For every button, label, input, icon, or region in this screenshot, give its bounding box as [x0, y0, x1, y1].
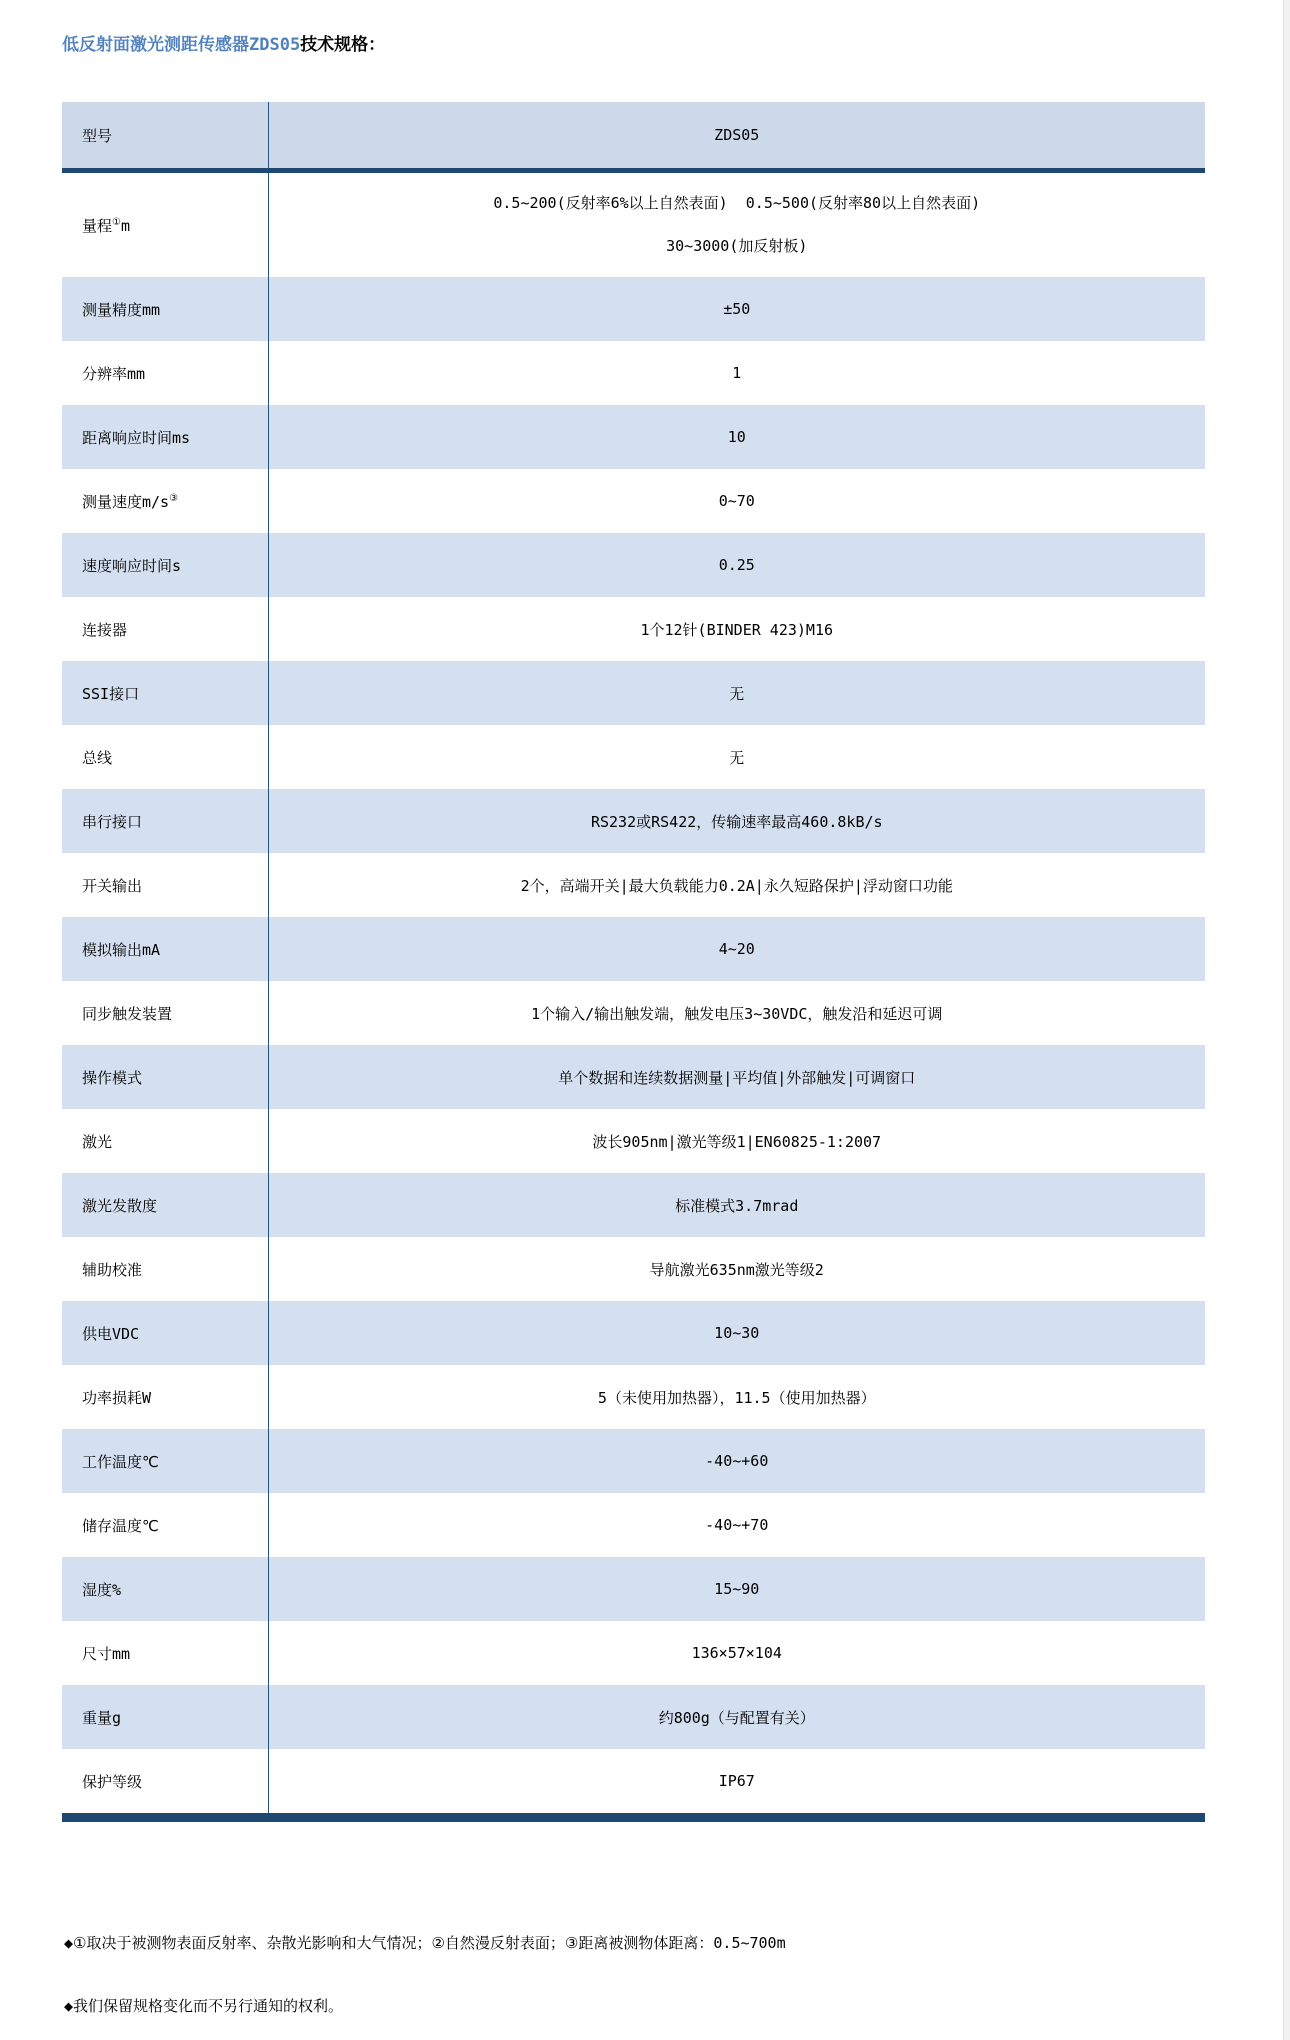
spec-value: 标准模式3.7mrad — [268, 1173, 1205, 1237]
spec-value: 1个输入/输出触发端，触发电压3~30VDC，触发沿和延迟可调 — [268, 981, 1205, 1045]
spec-label-text: 激光 — [82, 1133, 112, 1151]
table-header-row: 型号 ZDS05 — [62, 102, 1205, 171]
header-model-label: 型号 — [62, 102, 268, 171]
spec-value: 4~20 — [268, 917, 1205, 981]
spec-label: 距离响应时间ms — [62, 405, 268, 469]
spec-label-text: 操作模式 — [82, 1069, 142, 1087]
spec-label-text: 开关输出 — [82, 877, 142, 895]
spec-label: 保护等级 — [62, 1749, 268, 1818]
spec-value: 1 — [268, 341, 1205, 405]
spec-label: 激光 — [62, 1109, 268, 1173]
spec-label: 开关输出 — [62, 853, 268, 917]
table-row: 工作温度℃-40~+60 — [62, 1429, 1205, 1493]
spec-label-text: 激光发散度 — [82, 1197, 157, 1215]
spec-label: 重量g — [62, 1685, 268, 1749]
spec-label-unit: m — [121, 217, 130, 235]
spec-value: 0.25 — [268, 533, 1205, 597]
spec-label-text: 测量速度m/s — [82, 493, 169, 511]
spec-value: -40~+60 — [268, 1429, 1205, 1493]
table-row: 保护等级IP67 — [62, 1749, 1205, 1818]
spec-value: 波长905nm|激光等级1|EN60825-1:2007 — [268, 1109, 1205, 1173]
title-suffix: 技术规格： — [300, 35, 385, 55]
spec-page: 低反射面激光测距传感器ZDS05技术规格： 型号 ZDS05 量程①m0.5~2… — [0, 0, 1290, 2040]
spec-label: 尺寸mm — [62, 1621, 268, 1685]
table-row: 距离响应时间ms10 — [62, 405, 1205, 469]
spec-label-text: 速度响应时间s — [82, 557, 181, 575]
spec-label-text: 辅助校准 — [82, 1261, 142, 1279]
spec-value: 无 — [268, 725, 1205, 789]
table-row: 速度响应时间s0.25 — [62, 533, 1205, 597]
spec-value: -40~+70 — [268, 1493, 1205, 1557]
spec-label-text: 分辨率mm — [82, 365, 145, 383]
spec-value: 无 — [268, 661, 1205, 725]
table-row: 供电VDC10~30 — [62, 1301, 1205, 1365]
spec-table: 型号 ZDS05 量程①m0.5~200(反射率6%以上自然表面) 0.5~50… — [62, 102, 1205, 1822]
spec-label: 供电VDC — [62, 1301, 268, 1365]
spec-label: 操作模式 — [62, 1045, 268, 1109]
spec-value: 约800g（与配置有关） — [268, 1685, 1205, 1749]
table-row: 激光发散度标准模式3.7mrad — [62, 1173, 1205, 1237]
spec-label-text: 串行接口 — [82, 813, 142, 831]
spec-label: 功率损耗W — [62, 1365, 268, 1429]
title-product-name: 低反射面激光测距传感器ZDS05 — [62, 35, 300, 55]
spec-value: 5（未使用加热器），11.5（使用加热器） — [268, 1365, 1205, 1429]
spec-value: 136×57×104 — [268, 1621, 1205, 1685]
table-row: 连接器1个12针(BINDER 423)M16 — [62, 597, 1205, 661]
spec-label-text: SSI接口 — [82, 685, 139, 703]
spec-value: 0~70 — [268, 469, 1205, 533]
spec-label: 工作温度℃ — [62, 1429, 268, 1493]
spec-value: 2个，高端开关|最大负载能力0.2A|永久短路保护|浮动窗口功能 — [268, 853, 1205, 917]
table-row: 重量g约800g（与配置有关） — [62, 1685, 1205, 1749]
spec-value: IP67 — [268, 1749, 1205, 1818]
spec-value: 1个12针(BINDER 423)M16 — [268, 597, 1205, 661]
table-row: 功率损耗W5（未使用加热器），11.5（使用加热器） — [62, 1365, 1205, 1429]
table-row: 激光波长905nm|激光等级1|EN60825-1:2007 — [62, 1109, 1205, 1173]
spec-label-text: 湿度% — [82, 1581, 121, 1599]
spec-label: 模拟输出mA — [62, 917, 268, 981]
footnote-marker: ① — [112, 217, 121, 228]
table-row: 储存温度℃-40~+70 — [62, 1493, 1205, 1557]
spec-label: SSI接口 — [62, 661, 268, 725]
spec-label-text: 量程 — [82, 217, 112, 235]
spec-label-text: 距离响应时间ms — [82, 429, 190, 447]
spec-label-text: 测量精度mm — [82, 301, 160, 319]
spec-label: 总线 — [62, 725, 268, 789]
spec-value: 10~30 — [268, 1301, 1205, 1365]
spec-label-text: 重量g — [82, 1709, 121, 1727]
spec-label-text: 保护等级 — [82, 1773, 142, 1791]
table-row: 辅助校准导航激光635nm激光等级2 — [62, 1237, 1205, 1301]
spec-label-text: 连接器 — [82, 621, 127, 639]
spec-label-text: 工作温度℃ — [82, 1453, 159, 1471]
spec-label: 储存温度℃ — [62, 1493, 268, 1557]
spec-label: 速度响应时间s — [62, 533, 268, 597]
table-row: 分辨率mm1 — [62, 341, 1205, 405]
spec-label: 同步触发装置 — [62, 981, 268, 1045]
spec-value: 单个数据和连续数据测量|平均值|外部触发|可调窗口 — [268, 1045, 1205, 1109]
table-row: 湿度%15~90 — [62, 1557, 1205, 1621]
spec-table-body: 量程①m0.5~200(反射率6%以上自然表面) 0.5~500(反射率80以上… — [62, 171, 1205, 1818]
spec-label: 串行接口 — [62, 789, 268, 853]
spec-value: 导航激光635nm激光等级2 — [268, 1237, 1205, 1301]
footnote-2: ◆我们保留规格变化而不另行通知的权利。 — [64, 1993, 1224, 2019]
header-model-value: ZDS05 — [268, 102, 1205, 171]
spec-label: 量程①m — [62, 171, 268, 278]
table-row: 测量速度m/s③0~70 — [62, 469, 1205, 533]
table-row: 串行接口RS232或RS422，传输速率最高460.8kB/s — [62, 789, 1205, 853]
table-row: 测量精度mm±50 — [62, 277, 1205, 341]
spec-label: 湿度% — [62, 1557, 268, 1621]
table-row: 尺寸mm136×57×104 — [62, 1621, 1205, 1685]
spec-label-text: 尺寸mm — [82, 1645, 130, 1663]
footnote-1: ◆①取决于被测物表面反射率、杂散光影响和大气情况；②自然漫反射表面；③距离被测物… — [64, 1930, 1224, 1956]
spec-label-text: 模拟输出mA — [82, 941, 160, 959]
table-row: 模拟输出mA4~20 — [62, 917, 1205, 981]
table-row: 量程①m0.5~200(反射率6%以上自然表面) 0.5~500(反射率80以上… — [62, 171, 1205, 278]
spec-value: 0.5~200(反射率6%以上自然表面) 0.5~500(反射率80以上自然表面… — [268, 171, 1205, 278]
spec-label: 辅助校准 — [62, 1237, 268, 1301]
spec-value: RS232或RS422，传输速率最高460.8kB/s — [268, 789, 1205, 853]
spec-value: 15~90 — [268, 1557, 1205, 1621]
spec-label-text: 同步触发装置 — [82, 1005, 172, 1023]
table-row: 总线无 — [62, 725, 1205, 789]
spec-label-text: 储存温度℃ — [82, 1517, 159, 1535]
footnote-marker: ③ — [169, 493, 178, 504]
page-title: 低反射面激光测距传感器ZDS05技术规格： — [62, 33, 385, 57]
spec-label: 测量精度mm — [62, 277, 268, 341]
spec-value: ±50 — [268, 277, 1205, 341]
page-edge-strip — [1283, 0, 1290, 2040]
spec-label: 测量速度m/s③ — [62, 469, 268, 533]
spec-value: 10 — [268, 405, 1205, 469]
spec-label-text: 功率损耗W — [82, 1389, 151, 1407]
footnotes: ◆①取决于被测物表面反射率、杂散光影响和大气情况；②自然漫反射表面；③距离被测物… — [64, 1930, 1224, 2019]
table-row: SSI接口无 — [62, 661, 1205, 725]
spec-label: 分辨率mm — [62, 341, 268, 405]
table-row: 开关输出2个，高端开关|最大负载能力0.2A|永久短路保护|浮动窗口功能 — [62, 853, 1205, 917]
spec-label: 激光发散度 — [62, 1173, 268, 1237]
spec-label: 连接器 — [62, 597, 268, 661]
spec-label-text: 供电VDC — [82, 1325, 139, 1343]
table-row: 同步触发装置1个输入/输出触发端，触发电压3~30VDC，触发沿和延迟可调 — [62, 981, 1205, 1045]
spec-label-text: 总线 — [82, 749, 112, 767]
table-row: 操作模式单个数据和连续数据测量|平均值|外部触发|可调窗口 — [62, 1045, 1205, 1109]
